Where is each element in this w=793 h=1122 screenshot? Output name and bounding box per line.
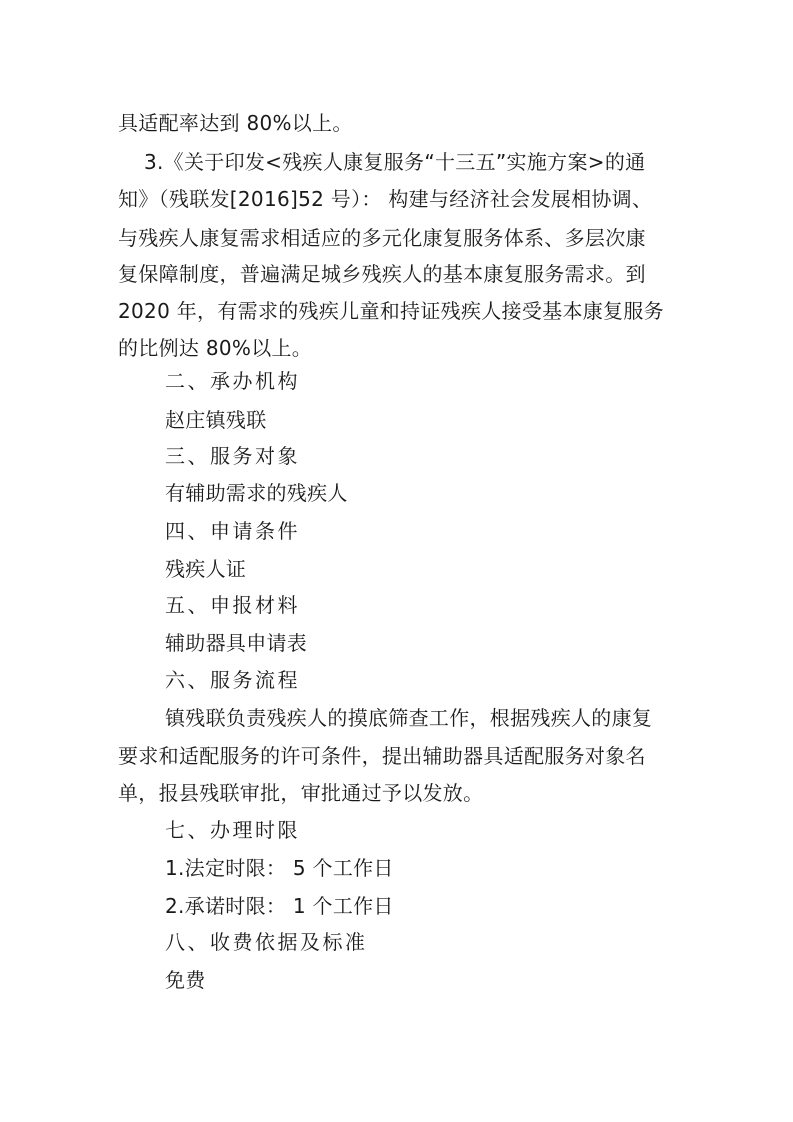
section-heading-conditions: 四、申请条件	[165, 519, 300, 543]
section-content-materials: 辅助器具申请表	[165, 631, 307, 655]
policy-3-line-3: 与残疾人康复需求相适应的多元化康复服务体系、多层次康	[118, 226, 646, 250]
policy-3-line-2: 知》（残联发[2016]52 号）： 构建与经济社会发展相协调、	[118, 187, 652, 211]
policy-3-line-5: 2020 年，有需求的残疾儿童和持证残疾人接受基本康复服务	[118, 299, 664, 323]
section-heading-process: 六、服务流程	[165, 668, 300, 692]
section-heading-organizer: 二、承办机构	[165, 369, 300, 393]
section-heading-service-target: 三、服务对象	[165, 444, 300, 468]
section-heading-fees: 八、收费依据及标准	[165, 930, 368, 954]
section-content-organizer: 赵庄镇残联	[165, 408, 267, 432]
policy-3-line-4: 复保障制度，普遍满足城乡残疾人的基本康复服务需求。到	[118, 262, 646, 286]
section-content-conditions: 残疾人证	[165, 557, 246, 581]
section-content-promised-limit: 2.承诺时限： 1 个工作日	[165, 894, 394, 918]
document-page: 具适配率达到 80%以上。 3.《关于印发<残疾人康复服务“十三五”实施方案>的…	[0, 0, 793, 1122]
policy-3-line-1: 3.《关于印发<残疾人康复服务“十三五”实施方案>的通	[144, 150, 645, 174]
section-content-service-target: 有辅助需求的残疾人	[165, 481, 348, 505]
section-heading-time-limit: 七、办理时限	[165, 818, 300, 842]
section-content-statutory-limit: 1.法定时限： 5 个工作日	[165, 856, 394, 880]
section-content-process-line-1: 镇残联负责残疾人的摸底筛查工作，根据残疾人的康复	[165, 706, 652, 730]
section-heading-materials: 五、申报材料	[165, 593, 300, 617]
section-content-process-line-2: 要求和适配服务的许可条件，提出辅助器具适配服务对象名	[118, 744, 646, 768]
section-content-fees: 免费	[165, 968, 206, 992]
intro-line-1: 具适配率达到 80%以上。	[118, 111, 353, 135]
section-content-process-line-3: 单，报县残联审批，审批通过予以发放。	[118, 781, 483, 805]
policy-3-line-6: 的比例达 80%以上。	[118, 336, 312, 360]
